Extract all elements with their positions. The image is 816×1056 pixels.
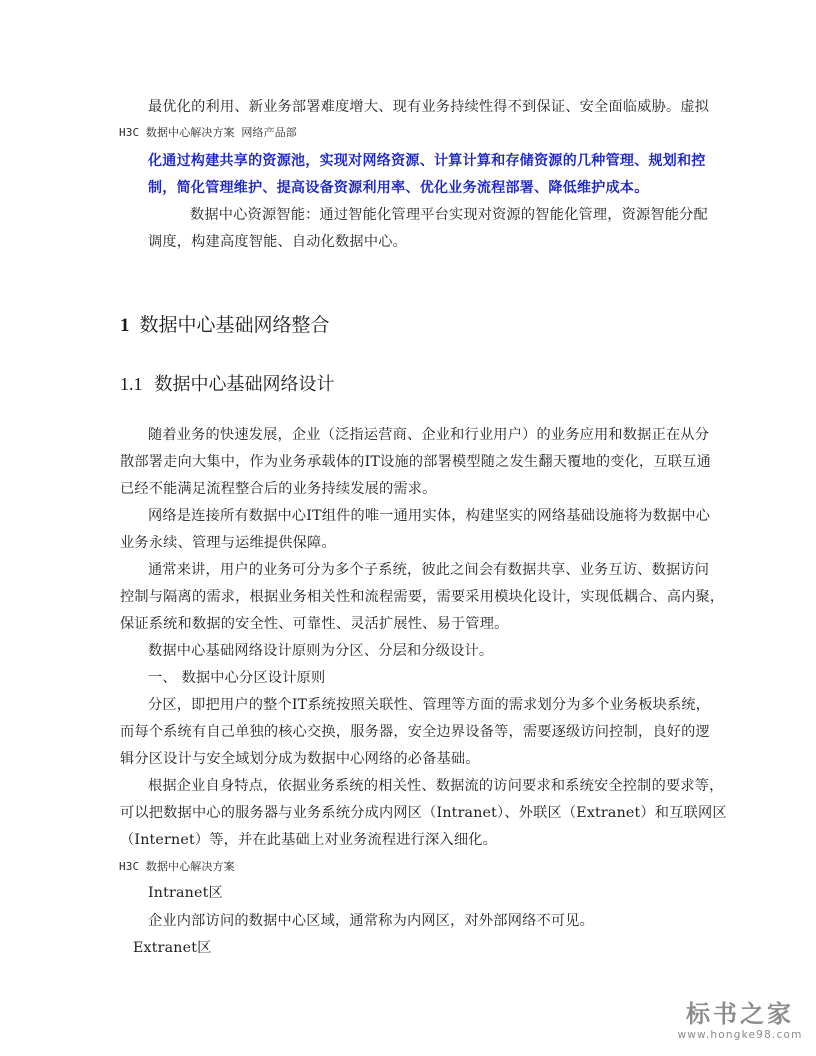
body-line: 已经不能满足流程整合后的业务持续发展的需求。	[120, 478, 437, 498]
document-page: 最优化的利用、新业务部署难度增大、现有业务持续性得不到保证、安全面临威胁。虚拟 …	[0, 0, 816, 1056]
watermark-title: 标书之家	[665, 1000, 815, 1028]
body-line: 数据中心基础网络设计原则为分区、分层和分级设计。	[148, 640, 493, 660]
body-line: 可以把数据中心的服务器与业务系统分成内网区（Intranet）、外联区（Extr…	[120, 802, 727, 822]
watermark-logo: 标书之家 www.hongke98.com	[665, 1000, 815, 1042]
body-line: 数据中心资源智能：通过智能化管理平台实现对资源的智能化管理，资源智能分配	[190, 204, 708, 224]
section-heading-1-1: 1.1数据中心基础网络设计	[120, 370, 335, 396]
running-header: H3C 数据中心解决方案 网络产品部	[119, 124, 297, 140]
body-line: 企业内部访问的数据中心区域，通常称为内网区，对外部网络不可见。	[148, 910, 594, 930]
section-heading-1: 1数据中心基础网络整合	[120, 310, 330, 337]
zone-label-extranet: Extranet区	[133, 937, 212, 957]
body-line: （Internet）等，并在此基础上对业务流程进行深入细化。	[120, 829, 497, 849]
section-title: 数据中心基础网络设计	[155, 374, 335, 395]
body-line: 最优化的利用、新业务部署难度增大、现有业务持续性得不到保证、安全面临威胁。虚拟	[148, 96, 709, 116]
highlighted-line: 化通过构建共享的资源池，实现对网络资源、计算计算和存储资源的几种管理、规划和控	[148, 150, 706, 170]
body-line: 随着业务的快速发展，企业（泛指运营商、企业和行业用户）的业务应用和数据正在从分	[148, 424, 709, 444]
section-number: 1	[120, 315, 130, 336]
subheading: 一、 数据中心分区设计原则	[148, 667, 325, 687]
body-line: 网络是连接所有数据中心IT组件的唯一通用实体，构建坚实的网络基础设施将为数据中心	[148, 505, 710, 525]
watermark-url: www.hongke98.com	[665, 1028, 815, 1042]
section-number: 1.1	[120, 374, 143, 394]
body-line: 控制与隔离的需求，根据业务相关性和流程需要，需要采用模块化设计，实现低耦合、高内…	[120, 586, 724, 606]
zone-label-intranet: Intranet区	[148, 882, 223, 902]
body-line: 通常来讲，用户的业务可分为多个子系统，彼此之间会有数据共享、业务互访、数据访问	[148, 559, 709, 579]
body-line: 而每个系统有自己单独的核心交换，服务器，安全边界设备等，需要逐级访问控制，良好的…	[120, 721, 710, 741]
body-line: 业务永续、管理与运维提供保障。	[120, 532, 336, 552]
highlighted-line: 制，简化管理维护、提高设备资源利用率、优化业务流程部署、降低维护成本。	[148, 177, 649, 197]
running-header: H3C 数据中心解决方案	[119, 858, 235, 874]
body-line: 分区，即把用户的整个IT系统按照关联性、管理等方面的需求划分为多个业务板块系统，	[148, 694, 710, 714]
body-line: 根据企业自身特点，依据业务系统的相关性、数据流的访问要求和系统安全控制的要求等，	[148, 775, 724, 795]
body-line: 散部署走向大集中，作为业务承载体的IT设施的部署模型随之发生翻天覆地的变化，互联…	[120, 451, 711, 471]
body-line: 调度，构建高度智能、自动化数据中心。	[148, 231, 407, 251]
section-title: 数据中心基础网络整合	[140, 314, 330, 336]
body-line: 辑分区设计与安全域划分成为数据中心网络的必备基础。	[120, 748, 480, 768]
body-line: 保证系统和数据的安全性、可靠性、灵活扩展性、易于管理。	[120, 613, 508, 633]
